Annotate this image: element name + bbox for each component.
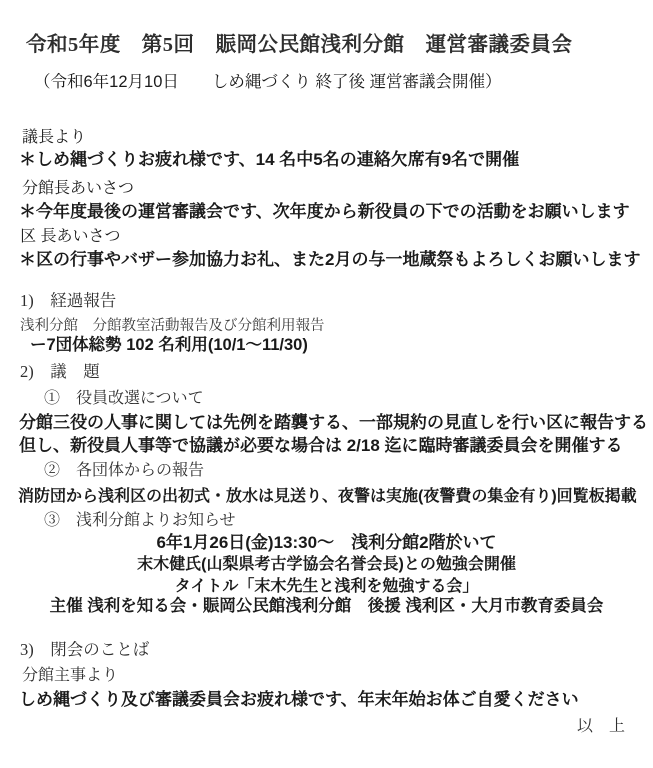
event-datetime: 6年1月26日(金)13:30～ 浅利分館2階於いて (0, 533, 653, 553)
district-chief-remark: ＊区の行事やバザー参加協力お礼、また2月の与一地蔵祭もよろしくお願いします (19, 250, 640, 270)
section-1-heading: 1) 経過報告 (20, 291, 116, 311)
section-2-heading: 2) 議 題 (20, 362, 100, 382)
doc-subtitle: （令和6年12月10日 しめ縄づくり 終了後 運営審議会開催） (34, 73, 502, 93)
speaker-branch-clerk-label: 分館主事より (22, 666, 118, 685)
agenda-item-3: ③ 浅利分館よりお知らせ (44, 511, 236, 530)
event-lecturer: 末木健氏(山梨県考古学協会名誉会長)との勉強会開催 (0, 555, 653, 574)
speaker-district-chief-label: 区 長あいさつ (20, 227, 120, 246)
doc-title: 令和5年度 第5回 賑岡公民館浅利分館 運営審議委員会 (26, 33, 573, 58)
speaker-branch-director-label: 分館長あいさつ (22, 179, 134, 198)
agenda-item-1-note-line1: 分館三役の人事に関しては先例を踏襲する、一部規約の見直しを行い区に報告する (19, 413, 648, 433)
chairman-remark: ＊しめ縄づくりお疲れ様です、14 名中5名の連絡欠席有9名で開催 (19, 150, 519, 170)
activity-report-label: 浅利分館 分館教室活動報告及び分館利用報告 (20, 318, 325, 335)
agenda-item-1-note-line2: 但し、新役員人事等で協議が必要な場合は 2/18 迄に臨時審議委員会を開催する (19, 436, 623, 456)
speaker-chairman-label: 議長より (22, 128, 86, 147)
agenda-item-1: ① 役員改選について (44, 389, 204, 408)
section-3-heading: 3) 閉会のことば (20, 640, 149, 660)
branch-director-remark: ＊今年度最後の運営審議会です、次年度から新役員の下での活動をお願いします (19, 202, 630, 222)
event-title: タイトル「末木先生と浅利を勉強する会」 (0, 577, 653, 596)
agenda-item-2: ② 各団体からの報告 (44, 461, 204, 480)
agenda-item-2-note: 消防団から浅利区の出初式・放水は見送り、夜警は実施(夜警費の集金有り)回覧板掲載 (18, 487, 637, 506)
closing-remark: しめ縄づくり及び審議委員会お疲れ様です、年末年始お体ご自愛ください (19, 690, 579, 710)
event-organizer: 主催 浅利を知る会・賑岡公民館浅利分館 後援 浅利区・大月市教育委員会 (0, 597, 653, 617)
document-page: 令和5年度 第5回 賑岡公民館浅利分館 運営審議委員会 （令和6年12月10日 … (0, 0, 653, 768)
closing-mark: 以 上 (577, 717, 625, 736)
usage-statistics: ー7団体総勢 102 名利用(10/1～11/30) (30, 336, 308, 356)
